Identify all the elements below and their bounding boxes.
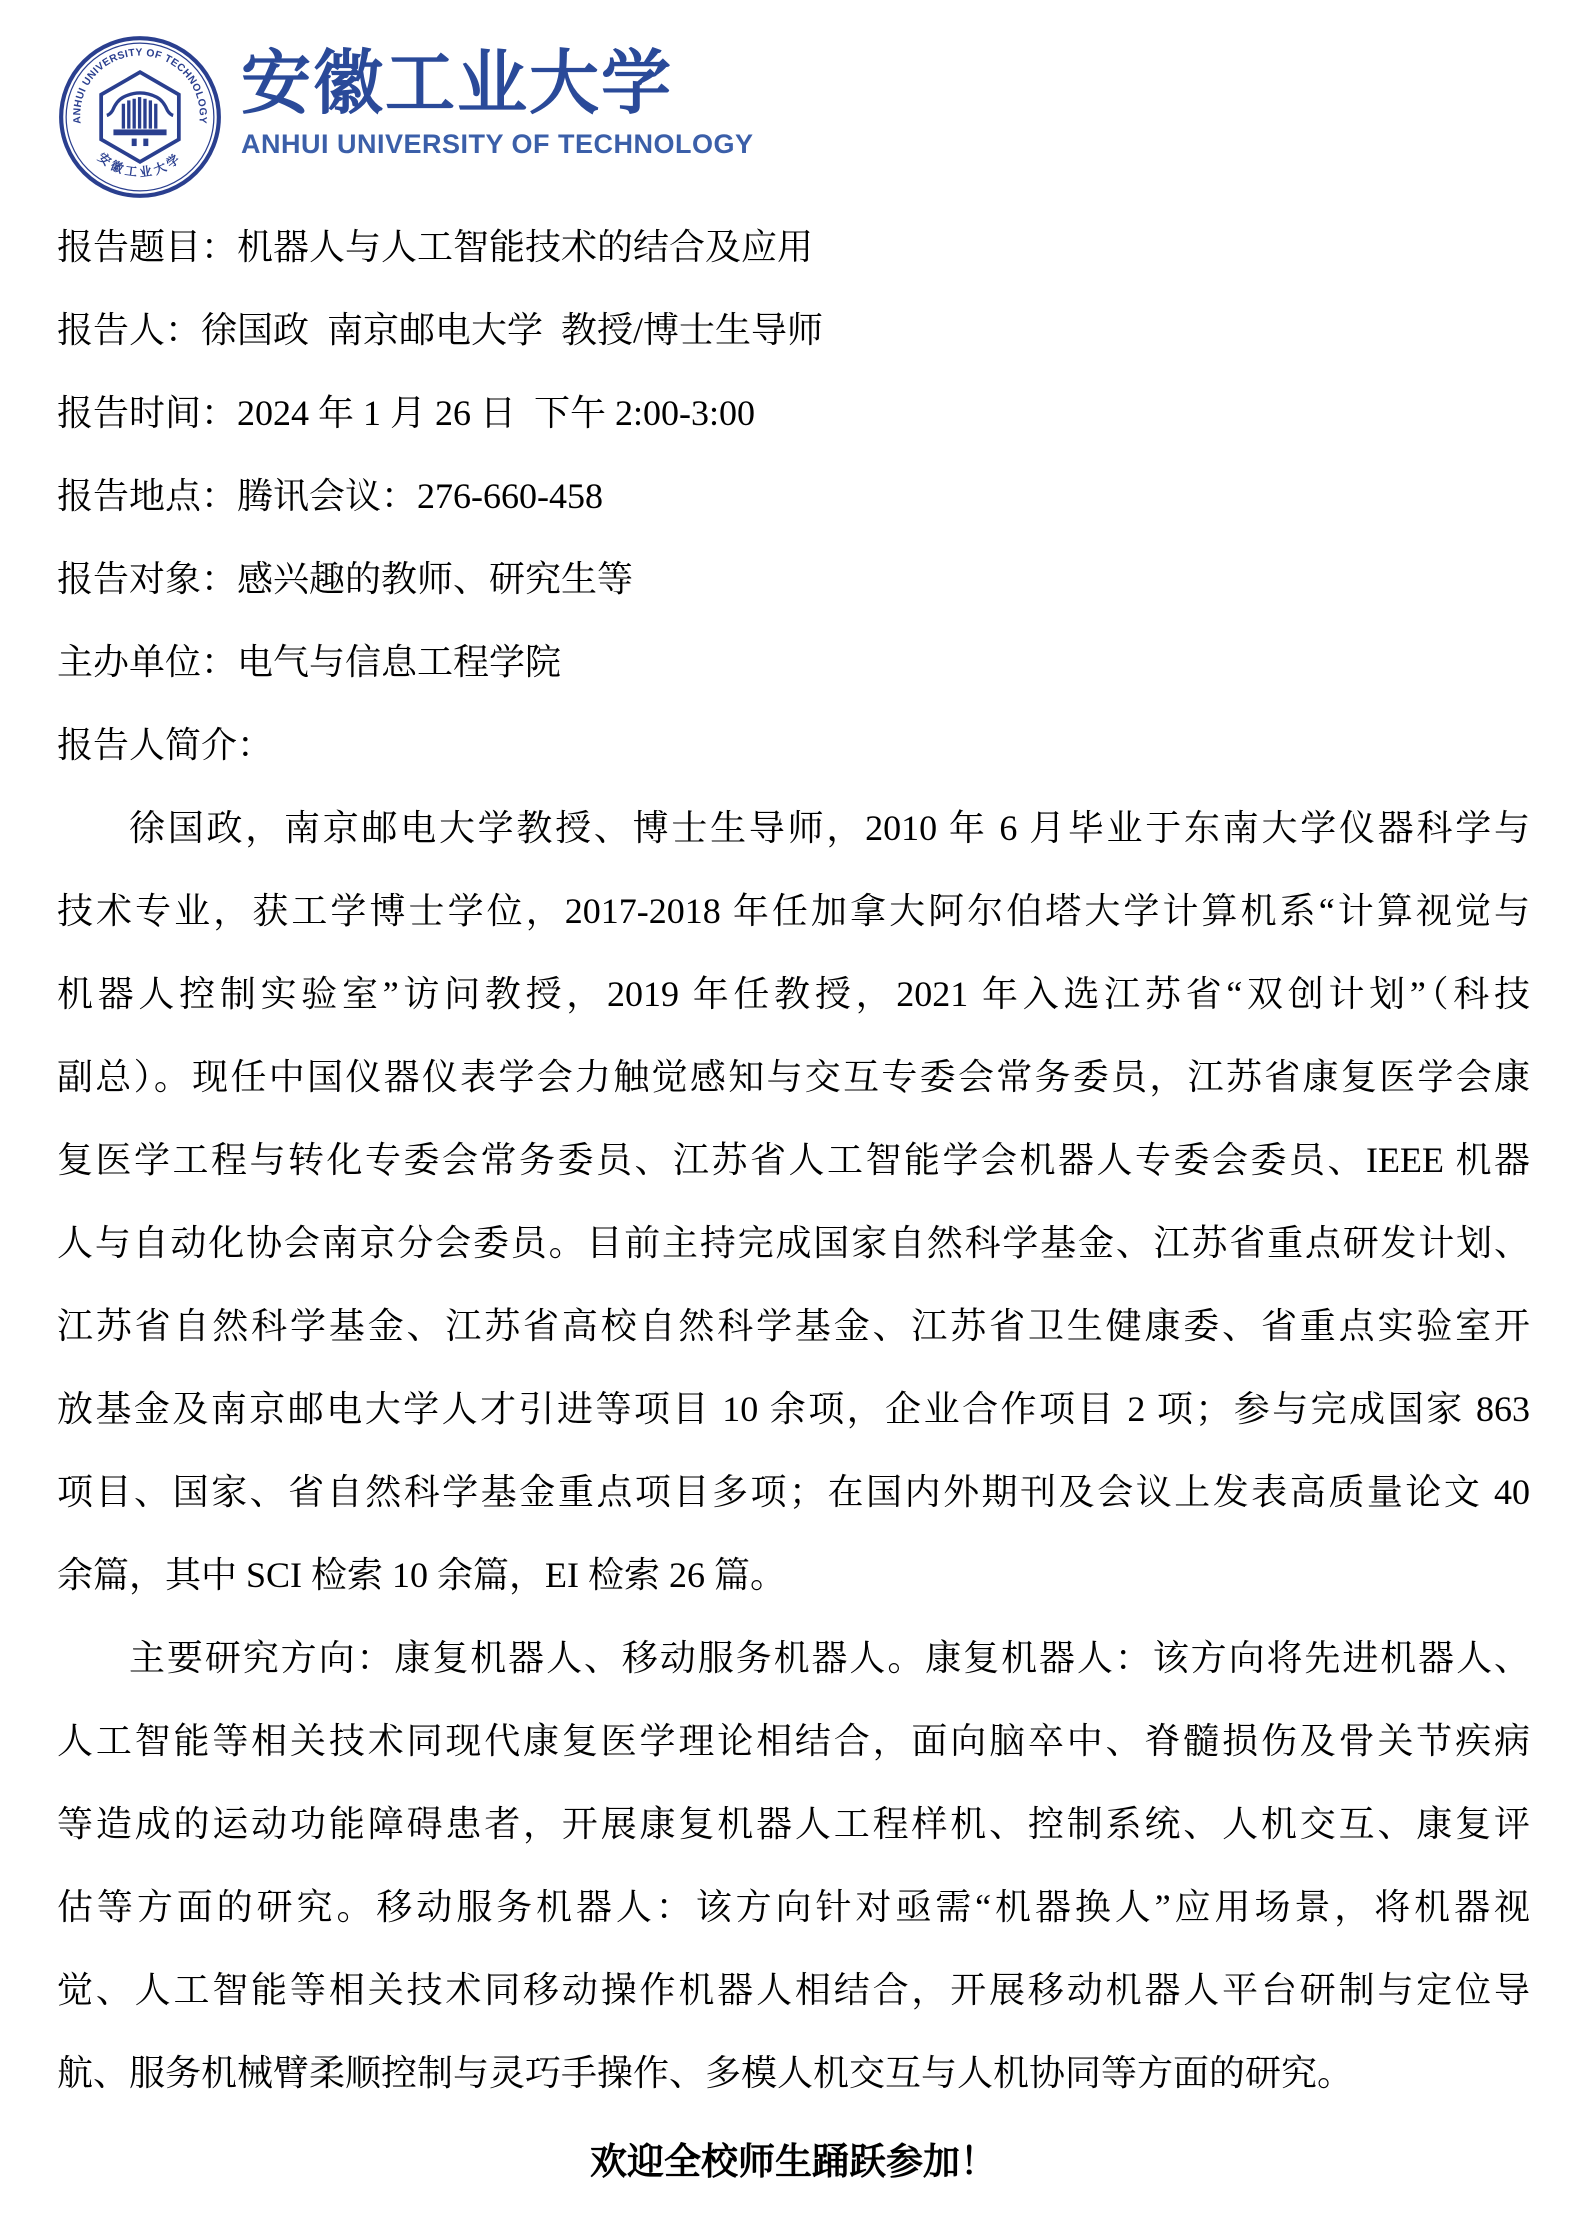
bio-line: 放基金及南京邮电大学人才引进等项目 10 余项，企业合作项目 2 项；参与完成国… <box>57 1368 1530 1451</box>
info-line: 报告时间：2024 年 1 月 26 日 下午 2:00-3:00 <box>57 372 1530 455</box>
info-value: 腾讯会议：276-660-458 <box>237 476 603 516</box>
info-line: 报告题目：机器人与人工智能技术的结合及应用 <box>57 206 1530 289</box>
bio-line: 等造成的运动功能障碍患者，开展康复机器人工程样机、控制系统、人机交互、康复评 <box>57 1783 1530 1866</box>
university-name-zh: 安徽工业大学 <box>241 44 754 121</box>
bio-line: 估等方面的研究。移动服务机器人：该方向针对亟需“机器换人”应用场景，将机器视 <box>57 1866 1530 1949</box>
bio-line: 觉、人工智能等相关技术同移动操作机器人相结合，开展移动机器人平台研制与定位导 <box>57 1949 1530 2032</box>
bio-line: 人工智能等相关技术同现代康复医学理论相结合，面向脑卒中、脊髓损伤及骨关节疾病 <box>57 1700 1530 1783</box>
info-value: 徐国政 南京邮电大学 教授/博士生导师 <box>201 310 823 350</box>
bio-line: 技术专业，获工学博士学位，2017-2018 年任加拿大阿尔伯塔大学计算机系“计… <box>57 870 1530 953</box>
info-line: 报告对象：感兴趣的教师、研究生等 <box>57 538 1530 621</box>
bio-line: 复医学工程与转化专委会常务委员、江苏省人工智能学会机器人专委会委员、IEEE 机… <box>57 1119 1530 1202</box>
svg-text:安徽工业大学: 安徽工业大学 <box>95 149 185 179</box>
info-value: 2024 年 1 月 26 日 下午 2:00-3:00 <box>237 393 755 433</box>
info-label: 主办单位： <box>57 642 237 682</box>
bio-line: 航、服务机械臂柔顺控制与灵巧手操作、多模人机交互与人机协同等方面的研究。 <box>57 2032 1530 2115</box>
university-name-en: ANHUI UNIVERSITY OF TECHNOLOGY <box>241 129 754 160</box>
info-line: 主办单位：电气与信息工程学院 <box>57 621 1530 704</box>
bio-line: 机器人控制实验室”访问教授，2019 年任教授，2021 年入选江苏省“双创计划… <box>57 953 1530 1036</box>
info-value: 电气与信息工程学院 <box>237 642 561 682</box>
bio-line: 余篇，其中 SCI 检索 10 余篇，EI 检索 26 篇。 <box>57 1534 1530 1617</box>
bio-heading: 报告人简介： <box>57 704 1530 787</box>
bio-line: 徐国政，南京邮电大学教授、博士生导师，2010 年 6 月毕业于东南大学仪器科学… <box>57 787 1530 870</box>
university-seal-logo: ANHUI UNIVERSITY OF TECHNOLOGY 安徽工业大学 <box>57 34 223 200</box>
info-value: 机器人与人工智能技术的结合及应用 <box>237 227 813 267</box>
bio-line: 人与自动化协会南京分会委员。目前主持完成国家自然科学基金、江苏省重点研发计划、 <box>57 1202 1530 1285</box>
info-label: 报告人： <box>57 310 201 350</box>
bio-paragraph-1: 徐国政，南京邮电大学教授、博士生导师，2010 年 6 月毕业于东南大学仪器科学… <box>57 787 1530 1617</box>
info-label: 报告对象： <box>57 559 237 599</box>
info-line: 报告地点：腾讯会议：276-660-458 <box>57 455 1530 538</box>
info-label: 报告地点： <box>57 476 237 516</box>
bio-paragraph-2: 主要研究方向：康复机器人、移动服务机器人。康复机器人：该方向将先进机器人、人工智… <box>57 1617 1530 2115</box>
bio-line: 江苏省自然科学基金、江苏省高校自然科学基金、江苏省卫生健康委、省重点实验室开 <box>57 1285 1530 1368</box>
announcement-page: ANHUI UNIVERSITY OF TECHNOLOGY 安徽工业大学 <box>0 0 1587 2229</box>
info-label: 报告题目： <box>57 227 237 267</box>
info-line: 报告人：徐国政 南京邮电大学 教授/博士生导师 <box>57 289 1530 372</box>
bio-line: 主要研究方向：康复机器人、移动服务机器人。康复机器人：该方向将先进机器人、 <box>57 1617 1530 1700</box>
university-header: ANHUI UNIVERSITY OF TECHNOLOGY 安徽工业大学 <box>57 34 754 200</box>
info-label: 报告时间： <box>57 393 237 433</box>
announcement-body: 报告题目：机器人与人工智能技术的结合及应用报告人：徐国政 南京邮电大学 教授/博… <box>57 206 1530 2204</box>
bio-line: 项目、国家、省自然科学基金重点项目多项；在国内外期刊及会议上发表高质量论文 40 <box>57 1451 1530 1534</box>
info-value: 感兴趣的教师、研究生等 <box>237 559 633 599</box>
closing-line: 欢迎全校师生踊跃参加！ <box>57 2121 1530 2204</box>
bio-line: 副总）。现任中国仪器仪表学会力触觉感知与交互专委会常务委员，江苏省康复医学会康 <box>57 1036 1530 1119</box>
info-section: 报告题目：机器人与人工智能技术的结合及应用报告人：徐国政 南京邮电大学 教授/博… <box>57 206 1530 704</box>
university-brand: 安徽工业大学 ANHUI UNIVERSITY OF TECHNOLOGY <box>241 34 754 160</box>
